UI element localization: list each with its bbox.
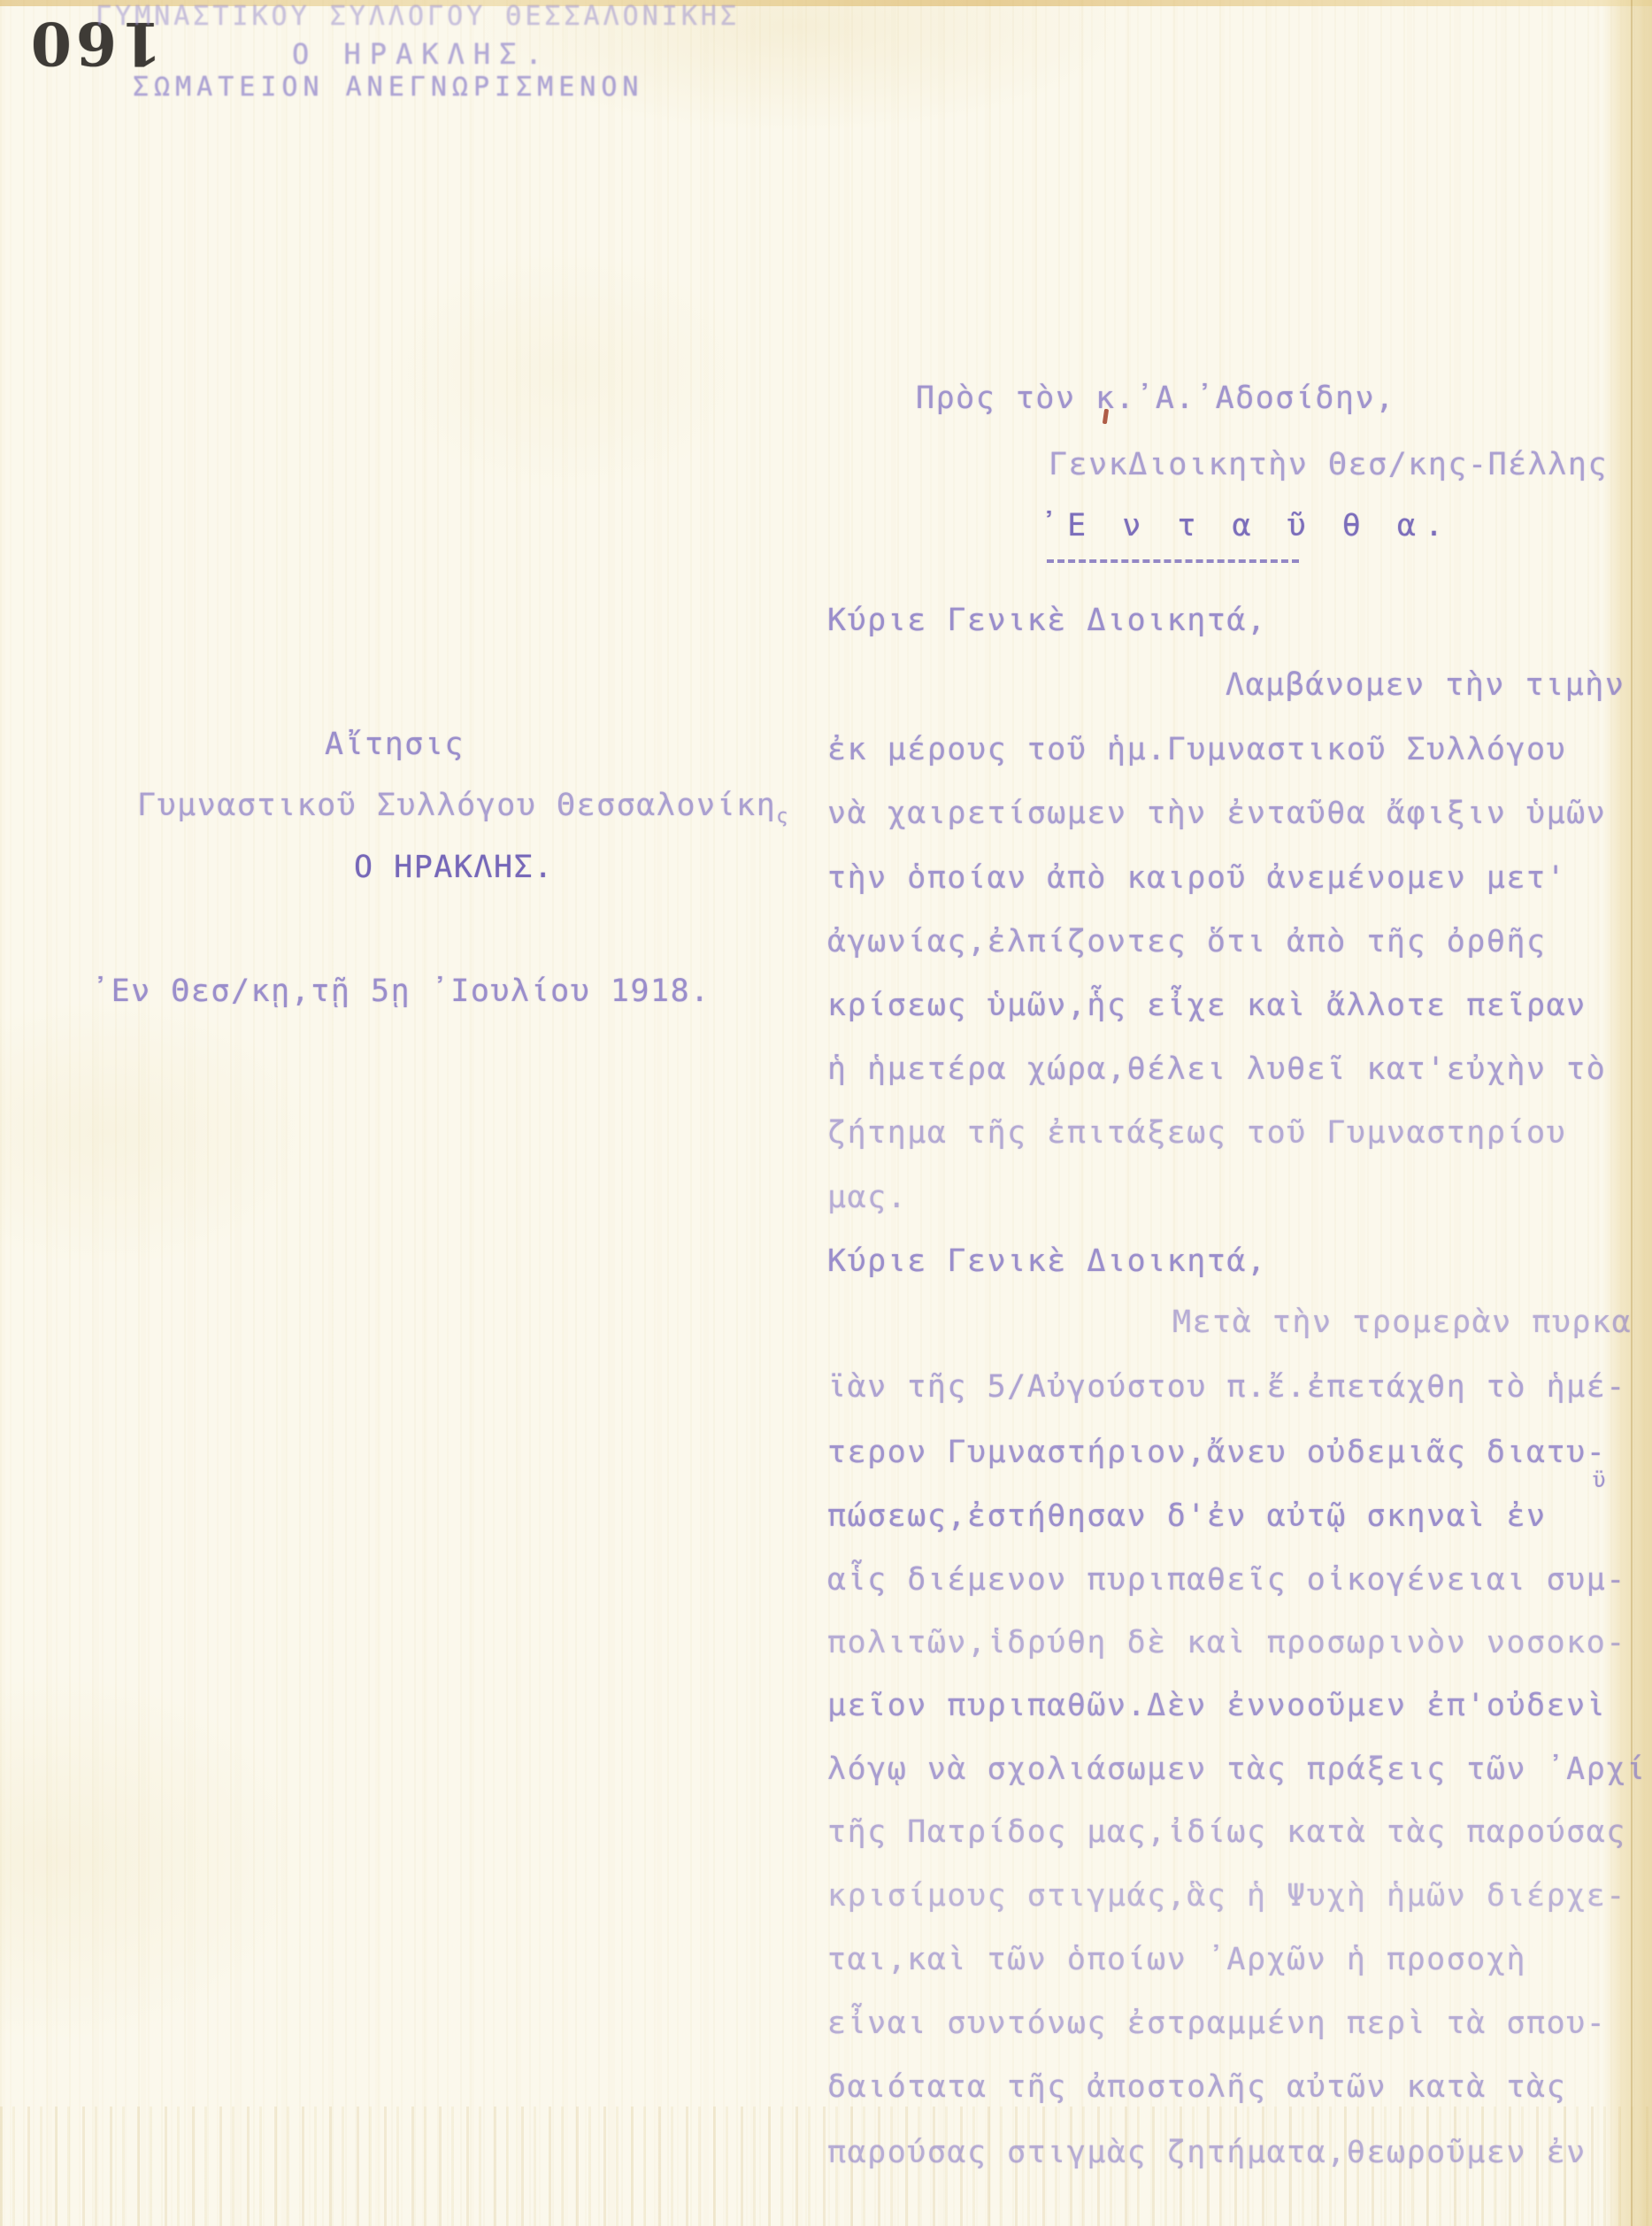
document-page: { "page": { "stamp_number": "160" }, "le… [0,0,1652,2226]
date-line: ᾽Εν Θεσ/κῃ,τῇ 5ῃ ᾽Ιουλίου 1918. [91,976,711,1007]
reference-club-suffix: ς [776,805,788,828]
salutation-line: Κύριε Γενικὲ Διοικητά, [827,605,1267,636]
body-line: ϊὰν τῆς 5/Αὐγούστου π.ἔ.ἐπετάχθη τὸ ἡμέ- [827,1372,1626,1403]
reference-club-line: Γυμναστικοῦ Συλλόγου Θεσσαλονίκης [137,790,788,827]
body-line: πολιτῶν,ἱδρύθη δὲ καὶ προσωρινὸν νοσοκο- [827,1628,1626,1659]
body-line: ἡ ἡμετέρα χώρα,θέλει λυθεῖ κατ'εὐχὴν τὸ [827,1054,1606,1085]
body-line: λόγῳ νὰ σχολιάσωμεν τὰς πράξεις τῶν ᾽Αρχ… [827,1754,1646,1785]
body-line: Μετὰ τὴν τρομερὰν πυρκα [1172,1307,1632,1338]
body-line: αἷς διέμενον πυριπαθεῖς οἰκογένειαι συμ- [827,1565,1626,1596]
body-line: τερον Γυμναστήριον,ἄνευ οὐδεμιᾶς διατυ- [827,1437,1606,1468]
red-pencil-mark [1103,409,1109,425]
body-line: κρίσεως ὑμῶν,ἧς εἶχε καὶ ἄλλοτε πεῖραν [827,990,1587,1021]
recipient-name-line: Πρὸς τὸν κ.᾽Α.᾽Αδοσίδην, [916,383,1395,414]
body-line: τῆς Πατρίδος μας,ἰδίως κατὰ τὰς παρούσας [827,1817,1626,1848]
body-line: ἀγωνίας,ἐλπίζοντες ὅτι ἀπὸ τῆς ὀρθῆς [827,927,1547,958]
body-line: τὴν ὁποίαν ἀπὸ καιροῦ ἀνεμένομεν μετ' [827,863,1566,894]
paper-sheet: 160 ΓΥΜΝΑΣΤΙΚΟΥ ΣΥΛΛΟΓΟΥ ΘΕΣΣΑΛΟΝΙΚΗΣ Ο … [0,0,1652,2226]
body-line: πώσεως,ἐστήθησαν δ'ἐν αὐτῷ σκηναὶ ἐν [827,1501,1547,1532]
recipient-place-line: ᾽Ε ν τ α ῦ θ α. [1040,511,1452,542]
recipient-title-line: ΓενκΔιοικητὴν Θεσ/κης-Πέλλης [1049,450,1608,481]
paper-fold-line [1631,0,1633,2226]
reference-club-text: Γυμναστικοῦ Συλλόγου Θεσσαλονίκη [137,788,776,823]
body-line: Λαμβάνομεν τὴν τιμὴν [1226,670,1625,701]
body-line: νὰ χαιρετίσωμεν τὴν ἐνταῦθα ἄφιξιν ὑμῶν [827,798,1606,829]
body-line: κρισίμους στιγμάς,ἃς ἡ Ψυχὴ ἡμῶν διέρχε- [827,1881,1626,1912]
place-underline [1047,559,1299,563]
body-line: μεῖον πυριπαθῶν.Δὲν ἐννοοῦμεν ἐπ'οὐδενὶ [827,1691,1606,1721]
body-line: ται,καὶ τῶν ὁποίων ᾽Αρχῶν ἡ προσοχὴ [827,1945,1526,1976]
letterhead-association-line: ΣΩΜΑΤΕΙΟΝ ΑΝΕΓΝΩΡΙΣΜΕΝΟΝ [133,74,643,101]
reference-title: Αἴτησις [325,729,465,760]
letterhead-club-title: Ο ΗΡΑΚΛΗΣ. [292,40,551,68]
body-line: μας. [827,1182,907,1213]
margin-correction-mark: ϋ [1593,1469,1607,1490]
salutation-line: Κύριε Γενικὲ Διοικητά, [827,1246,1267,1277]
reference-club-name: Ο ΗΡΑΚΛΗΣ. [354,852,554,883]
body-line: ἐκ μέρους τοῦ ἡμ.Γυμναστικοῦ Συλλόγου [827,735,1566,766]
body-line: ζήτημα τῆς ἐπιτάξεως τοῦ Γυμναστηρίου [827,1118,1566,1149]
body-line: δαιότατα τῆς ἀποστολῆς αὐτῶν κατὰ τὰς [827,2072,1566,2103]
letterhead-club-name: ΓΥΜΝΑΣΤΙΚΟΥ ΣΥΛΛΟΓΟΥ ΘΕΣΣΑΛΟΝΙΚΗΣ [96,4,740,30]
body-line: παρούσας στιγμὰς ζητήματα,θεωροῦμεν ἐν [827,2137,1587,2168]
body-line: εἶναι συντόνως ἐστραμμένη περὶ τὰ σπου- [827,2008,1606,2039]
